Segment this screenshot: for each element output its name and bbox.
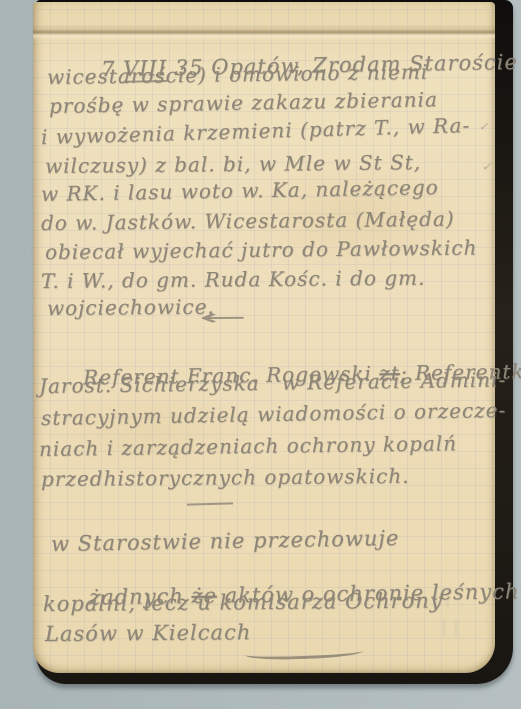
handwritten-line-5: wilczusy) z bal. bi, w Mle w St St, [45, 150, 421, 178]
handwritten-line-8: obiecał wyjechać jutro do Pawłowskich [45, 235, 478, 264]
handwritten-line-6: w RK. i lasu woto w. Ka, należącego [41, 175, 439, 206]
notebook-page: 7 VIII 35 Opatów, Zrodam Staroście i wic… [33, 2, 495, 673]
handwritten-line-10: wojciechowice. [47, 295, 215, 320]
margin-checkmark-2: ✓ [481, 159, 494, 175]
bleed-through-strokes-2: | | [441, 617, 459, 638]
bleed-through-strokes: | | [433, 587, 451, 608]
pencil-underline-mark [187, 502, 233, 505]
handwritten-line-18: kopalni, lecz u komisarza Ochrony [43, 589, 443, 616]
handwritten-line-9: T. i W., do gm. Ruda Kośc. i do gm. [41, 266, 426, 293]
handwritten-line-15: przedhistorycznych opatowskich. [41, 464, 410, 491]
margin-checkmark-1: ✓ [478, 119, 491, 135]
handwritten-line-14: niach i zarządzeniach ochrony kopalń [39, 431, 457, 461]
handwritten-line-19: Lasów w Kielcach [45, 620, 252, 646]
handwritten-line-4: i wywożenia krzemieni (patrz T., w Ra- [41, 113, 471, 149]
scanner-background: 7 VIII 35 Opatów, Zrodam Staroście i wic… [0, 0, 521, 709]
handwritten-line-16: w Starostwie nie przechowuje [51, 526, 400, 556]
pencil-swoosh-underline [245, 645, 363, 661]
handwritten-line-7: do w. Jastków. Wicestarosta (Małęda) [41, 207, 455, 235]
pencil-left-arrow-divider: ← [198, 306, 247, 331]
